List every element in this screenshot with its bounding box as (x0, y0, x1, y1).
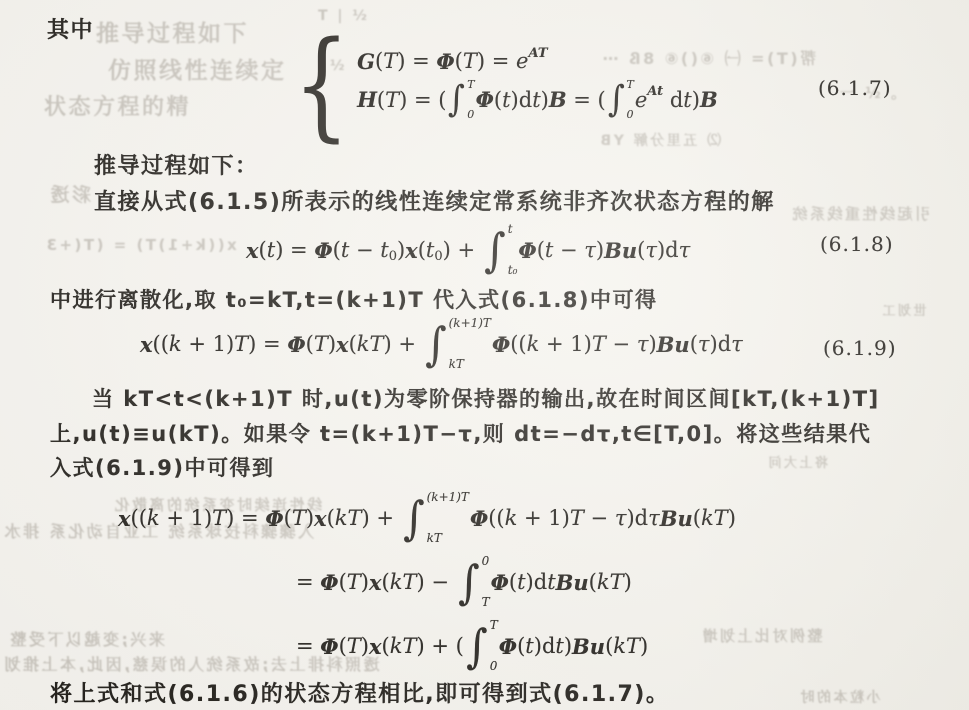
equation-number-6-1-8: (6.1.8) (820, 232, 894, 256)
ghost-text-fragment: 世划工 (880, 300, 927, 319)
para-discretize: 中进行离散化,取 t₀=kT,t=(k+1)T 代入式(6.1.8)中可得 (50, 284, 658, 314)
heading-derivation: 推导过程如下： (94, 149, 259, 180)
derivation-line2: = Φ(T)x(kT) − ∫0TΦ(t)dtBu(kT) (296, 556, 632, 608)
left-brace: { (293, 34, 349, 134)
textbook-page: 推导过程如下T | ½仿照线性连续定½帮(T)= ㈠ ⑥()⑥ 8ß ⋯状态方程… (0, 0, 969, 710)
ghost-text-fragment: 来兴;变越以下受整 (8, 627, 165, 650)
para-derivation-intro: 直接从式(6.1.5)所表示的线性连续定常系统非齐次状态方程的解 (94, 185, 775, 216)
text-qizhong: 其中 (47, 13, 94, 44)
equation-6-1-7-row2: H(T) = (∫T0Φ(t)dt)B = (∫T0eAt dt)B (357, 80, 718, 120)
para-conclusion: 将上式和式(6.1.6)的状态方程相比,即可得到式(6.1.7)。 (50, 677, 669, 708)
ghost-text-fragment: 彩透 (48, 180, 91, 207)
derivation-line1: x((k + 1)T) = Φ(T)x(kT) + ∫(k+1)TkTΦ((k … (118, 492, 736, 544)
ghost-text-fragment: x((k+1)T) = (T(+3 (44, 236, 237, 254)
equation-6-1-8: x(t) = Φ(t − t0)x(t0) + ∫tt₀Φ(t − τ)Bu(τ… (246, 224, 690, 276)
ghost-text-fragment: 仿照线性连续定 (108, 52, 287, 85)
equation-6-1-9: x((k + 1)T) = Φ(T)x(kT) + ∫(k+1)TkTΦ((k … (140, 318, 743, 370)
ghost-text-fragment: 整例对比上划增 (700, 625, 823, 646)
equation-6-1-7-row1: G(T) = Φ(T) = eAT (357, 49, 718, 74)
equation-number-6-1-7: (6.1.7) (818, 76, 892, 100)
ghost-text-fragment: 小粒本的时 (798, 687, 881, 707)
ghost-text-fragment: 状态方程的精 (44, 90, 191, 121)
equation-6-1-7: { G(T) = Φ(T) = eAT H(T) = (∫T0Φ(t)dt)B … (284, 34, 718, 134)
ghost-text-fragment: 引起线性重线系统 (790, 203, 930, 224)
para-zoh-line1: 当 kT<t<(k+1)T 时,u(t)为零阶保持器的输出,故在时间区间[kT,… (92, 383, 880, 413)
ghost-text-fragment: 将上大问 (766, 452, 828, 471)
equation-number-6-1-9: (6.1.9) (823, 336, 897, 360)
para-zoh-line2: 上,u(t)≡u(kT)。如果令 t=(k+1)T−τ,则 dt=−dτ,t∈[… (50, 418, 871, 448)
derivation-line3: = Φ(T)x(kT) + (∫T0Φ(t)dt)Bu(kT) (296, 620, 648, 672)
para-zoh-line3: 入式(6.1.9)中可得到 (50, 452, 275, 482)
ghost-text-fragment: 推导过程如下 (96, 15, 249, 48)
